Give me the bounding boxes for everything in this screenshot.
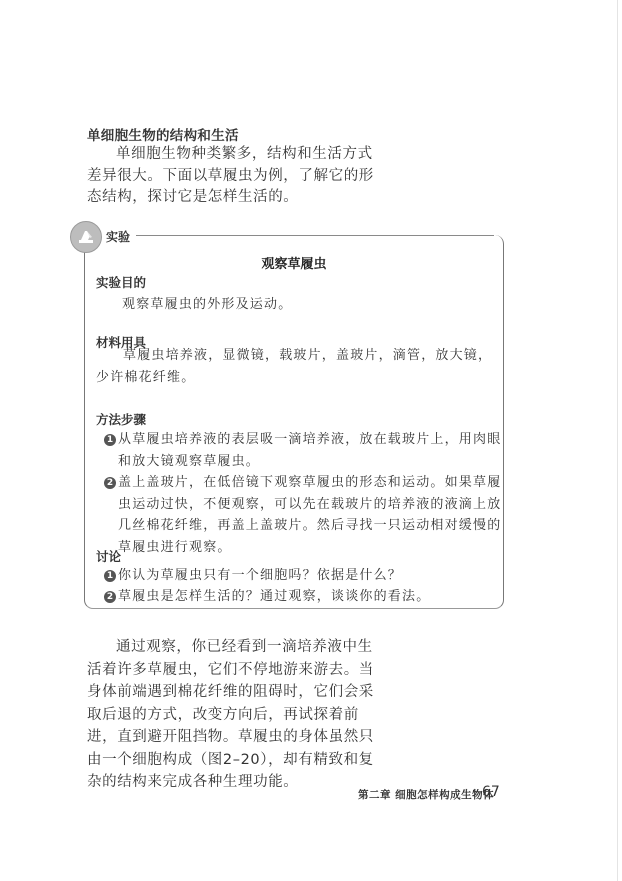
section-heading: 单细胞生物的结构和生活 bbox=[87, 124, 239, 144]
procedure-heading: 方法步骤 bbox=[96, 410, 146, 428]
question-text: 你认为草履虫只有一个细胞吗？依据是什么？ bbox=[118, 568, 402, 583]
question-text: 草履虫是怎样生活的？通过观察，谈谈你的看法。 bbox=[118, 589, 430, 604]
page-number: 67 bbox=[482, 784, 500, 800]
step-text: 盖上盖玻片，在低倍镜下观察草履虫的形态和运动。如果草履虫运动过快，不便观察，可以… bbox=[118, 475, 501, 555]
procedure-step-1: 1从草履虫培养液的表层吸一滴培养液，放在载玻片上，用肉眼和放大镜观察草履虫。 bbox=[104, 429, 514, 472]
discussion-heading: 讨论 bbox=[96, 547, 121, 565]
step-text: 从草履虫培养液的表层吸一滴培养液，放在载玻片上，用肉眼和放大镜观察草履虫。 bbox=[118, 432, 501, 469]
experiment-header-rule bbox=[136, 235, 494, 236]
footer-chapter-title: 第二章 细胞怎样构成生物体 bbox=[358, 787, 494, 802]
question-number-badge: 2 bbox=[104, 591, 116, 603]
purpose-heading: 实验目的 bbox=[96, 273, 146, 291]
closing-paragraph: 通过观察，你已经看到一滴培养液中生活着许多草履虫，它们不停地游来游去。当身体前端… bbox=[87, 636, 379, 794]
materials-text: 草履虫培养液，显微镜，载玻片，盖玻片，滴管，放大镜，少许棉花纤维。 bbox=[96, 345, 498, 389]
intro-paragraph: 单细胞生物种类繁多，结构和生活方式差异很大。下面以草履虫为例，了解它的形态结构，… bbox=[87, 144, 379, 209]
procedure-step-2: 2盖上盖玻片，在低倍镜下观察草履虫的形态和运动。如果草履虫运动过快，不便观察，可… bbox=[104, 472, 514, 558]
purpose-text: 观察草履虫的外形及运动。 bbox=[122, 293, 292, 312]
experiment-title: 观察草履虫 bbox=[84, 253, 504, 272]
discussion-question-1: 1你认为草履虫只有一个细胞吗？依据是什么？ bbox=[104, 565, 514, 587]
experiment-label: 实验 bbox=[106, 228, 130, 245]
step-number-badge: 1 bbox=[104, 434, 116, 446]
discussion-question-2: 2草履虫是怎样生活的？通过观察，谈谈你的看法。 bbox=[104, 586, 514, 608]
scan-edge-line bbox=[617, 0, 618, 881]
experiment-flask-icon bbox=[70, 221, 102, 253]
question-number-badge: 1 bbox=[104, 570, 116, 582]
step-number-badge: 2 bbox=[104, 477, 116, 489]
